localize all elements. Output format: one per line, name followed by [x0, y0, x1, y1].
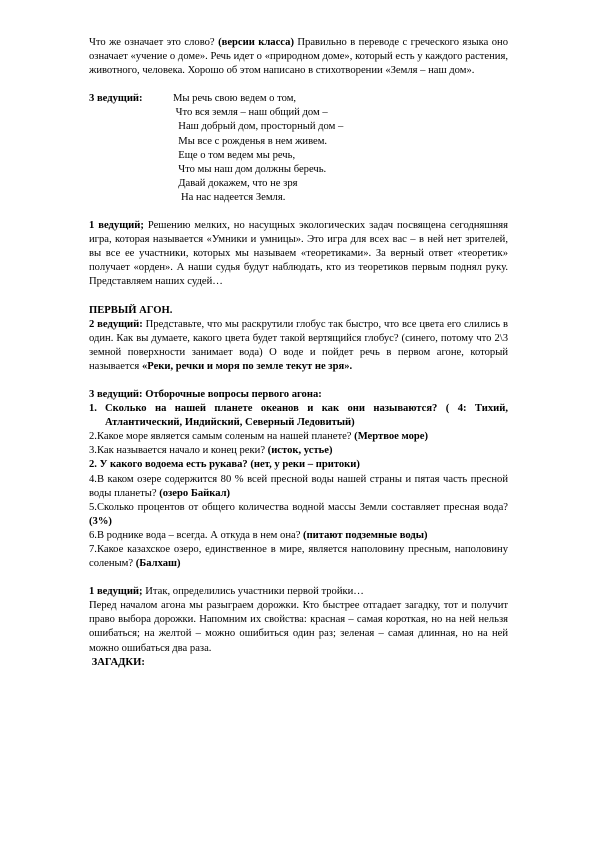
question-item: 4.В каком озере содержится 80 % всей пре… [89, 473, 508, 501]
question-answer: (озеро Байкал) [159, 488, 230, 499]
intro-text: Что же означает это слово? [89, 37, 218, 48]
question-answer: (нет, у реки – притоки) [250, 459, 360, 470]
poem-line: Что мы наш дом должны беречь. [173, 163, 508, 177]
poem-line: На нас надеется Земля. [173, 191, 508, 205]
agon-paragraph: 2 ведущий: Представьте, что мы раскрутил… [89, 318, 508, 374]
host1-final-label: 1 ведущий; [89, 586, 143, 597]
host1-text: Решению мелких, но насущных экологически… [89, 220, 508, 287]
poem-line: Мы речь свою ведем о том, [173, 92, 508, 106]
intro-paragraph: Что же означает это слово? (версии класс… [89, 36, 508, 78]
poem-line: Что вся земля – наш общий дом – [173, 106, 508, 120]
question-answer: (питают подземные воды) [303, 530, 427, 541]
riddles-heading: ЗАГАДКИ: [89, 656, 508, 670]
agon-title: ПЕРВЫЙ АГОН. [89, 304, 508, 318]
agon-bold-title: «Реки, речки и моря по земле текут не зр… [142, 361, 352, 372]
poem-line: Мы все с рожденья в нем живем. [173, 135, 508, 149]
question-item: 1.Сколько на нашей планете океанов и как… [89, 402, 508, 430]
host1-label: 1 ведущий; [89, 220, 144, 231]
question-text: Сколько на нашей планете океанов и как о… [105, 403, 446, 414]
question-answer: (Мертвое море) [354, 431, 428, 442]
poem-line: Наш добрый дом, просторный дом – [173, 120, 508, 134]
question-item: 2. У какого водоема есть рукава? (нет, у… [89, 458, 508, 472]
questions-heading: 3 ведущий: Отборочные вопросы первого аг… [89, 388, 508, 402]
question-item: 6.В роднике вода – всегда. А откуда в не… [89, 529, 508, 543]
poem-block: 3 ведущий: Мы речь свою ведем о том, Что… [89, 92, 508, 205]
final-intro: 1 ведущий; Итак, определились участники … [89, 585, 508, 599]
tracks-paragraph: Перед началом агона мы разыграем дорожки… [89, 599, 508, 655]
poem-speaker: 3 ведущий: [89, 92, 173, 205]
question-list: 1.Сколько на нашей планете океанов и как… [89, 402, 508, 571]
question-item: 7.Какое казахское озеро, единственное в … [89, 543, 508, 571]
poem-line: Еще о том ведем мы речь, [173, 149, 508, 163]
question-text: 5.Сколько процентов от общего количества… [89, 502, 508, 513]
question-text: 4.В каком озере содержится 80 % всей пре… [89, 474, 508, 499]
poem-lines: Мы речь свою ведем о том, Что вся земля … [173, 92, 508, 205]
question-text: 2. У какого водоема есть рукава? [89, 459, 250, 470]
question-text: 6.В роднике вода – всегда. А откуда в не… [89, 530, 303, 541]
question-answer: (исток, устье) [268, 445, 333, 456]
question-number: 1. [89, 402, 105, 430]
question-item: 5.Сколько процентов от общего количества… [89, 501, 508, 529]
question-item: 3.Как называется начало и конец реки? (и… [89, 444, 508, 458]
question-text: 3.Как называется начало и конец реки? [89, 445, 268, 456]
final-text: Итак, определились участники первой трой… [143, 586, 364, 597]
host1-paragraph: 1 ведущий; Решению мелких, но насущных э… [89, 219, 508, 289]
question-answer: (Балхаш) [136, 558, 181, 569]
document-page: Что же означает это слово? (версии класс… [89, 36, 508, 670]
poem-line: Давай докажем, что не зря [173, 177, 508, 191]
question-answer: (3%) [89, 516, 112, 527]
intro-bold: (версии класса) [218, 37, 294, 48]
host2-label: 2 ведущий: [89, 319, 143, 330]
question-item: 2.Какое море является самым соленым на н… [89, 430, 508, 444]
question-text: 2.Какое море является самым соленым на н… [89, 431, 354, 442]
